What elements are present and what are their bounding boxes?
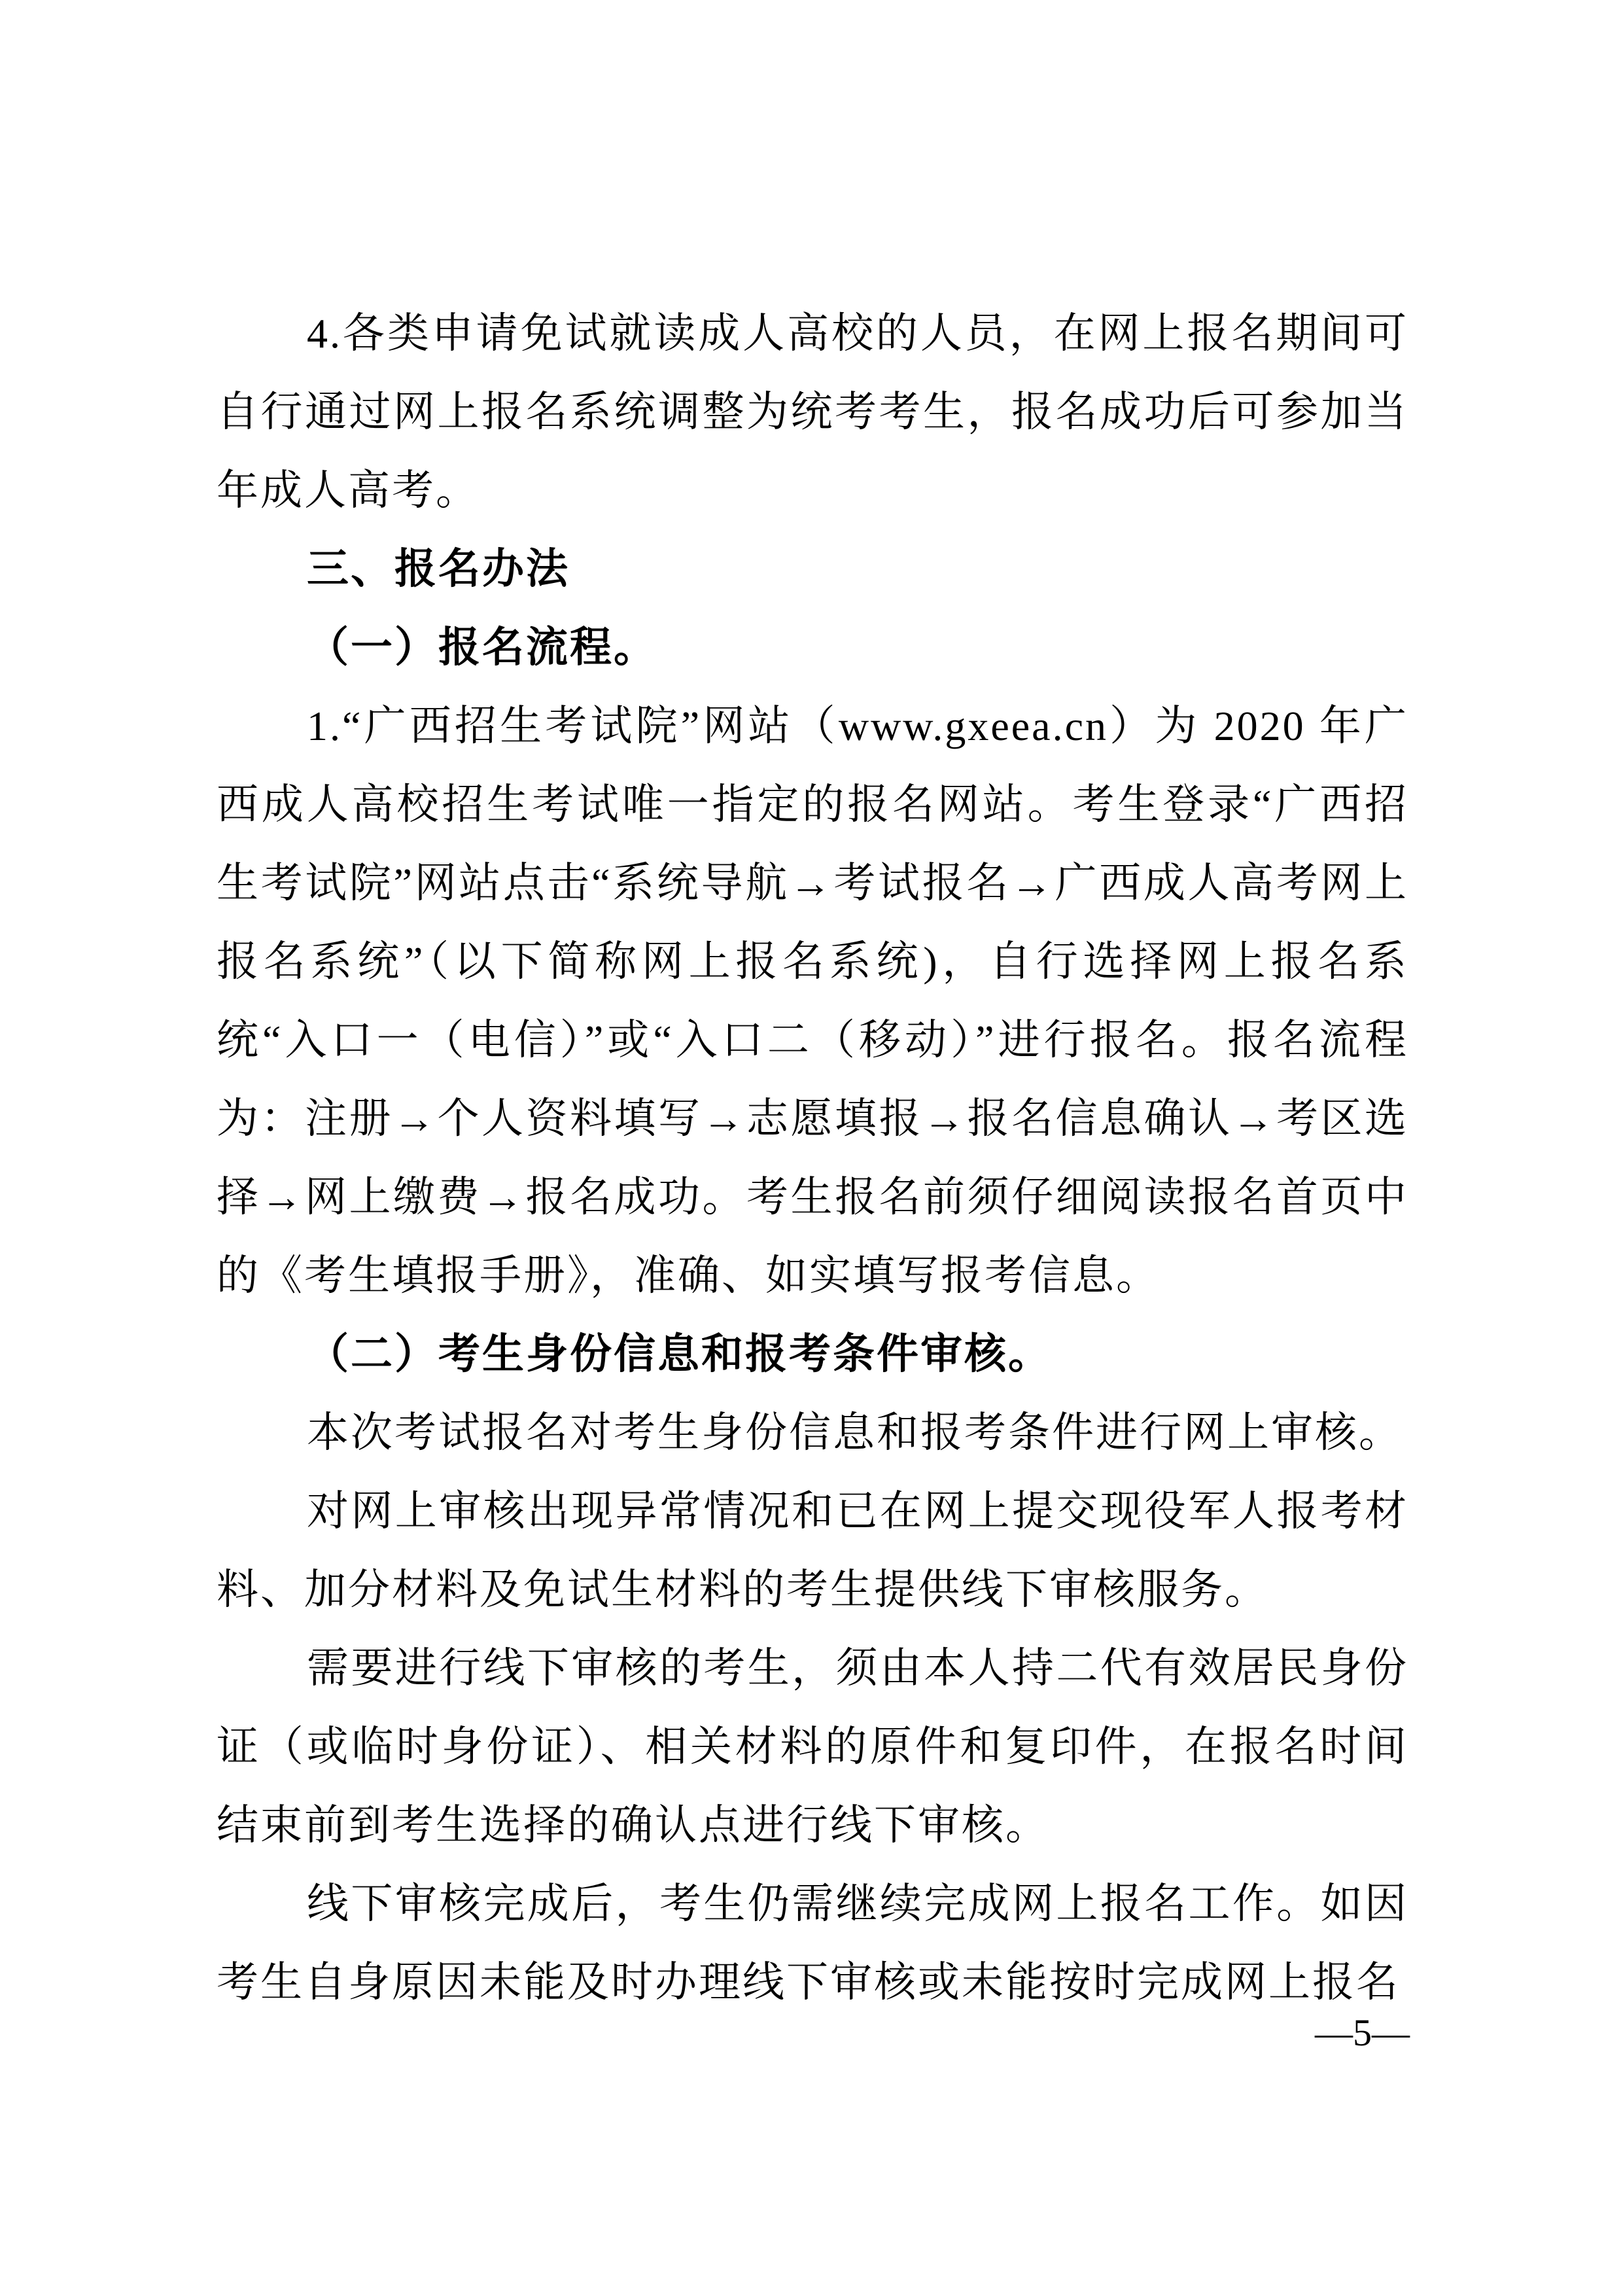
subsection-heading: （二）考生身份信息和报考条件审核。 [217, 1315, 1408, 1394]
document-body: 4.各类申请免试就读成人高校的人员，在网上报名期间可自行通过网上报名系统调整为统… [217, 294, 1408, 2022]
paragraph: 对网上审核出现异常情况和已在网上提交现役军人报考材料、加分材料及免试生材料的考生… [217, 1472, 1408, 1629]
paragraph: 4.各类申请免试就读成人高校的人员，在网上报名期间可自行通过网上报名系统调整为统… [217, 294, 1408, 530]
paragraph: 1.“广西招生考试院”网站（www.gxeea.cn）为 2020 年广西成人高… [217, 687, 1408, 1315]
section-heading: 三、报名办法 [217, 530, 1408, 609]
subsection-heading: （一）报名流程。 [217, 609, 1408, 687]
paragraph: 本次考试报名对考生身份信息和报考条件进行网上审核。 [217, 1394, 1408, 1472]
page-number: —5— [1315, 2010, 1410, 2056]
document-page: 4.各类申请免试就读成人高校的人员，在网上报名期间可自行通过网上报名系统调整为统… [0, 0, 1623, 2296]
paragraph: 需要进行线下审核的考生，须由本人持二代有效居民身份证（或临时身份证）、相关材料的… [217, 1629, 1408, 1865]
paragraph: 线下审核完成后，考生仍需继续完成网上报名工作。如因考生自身原因未能及时办理线下审… [217, 1865, 1408, 2022]
